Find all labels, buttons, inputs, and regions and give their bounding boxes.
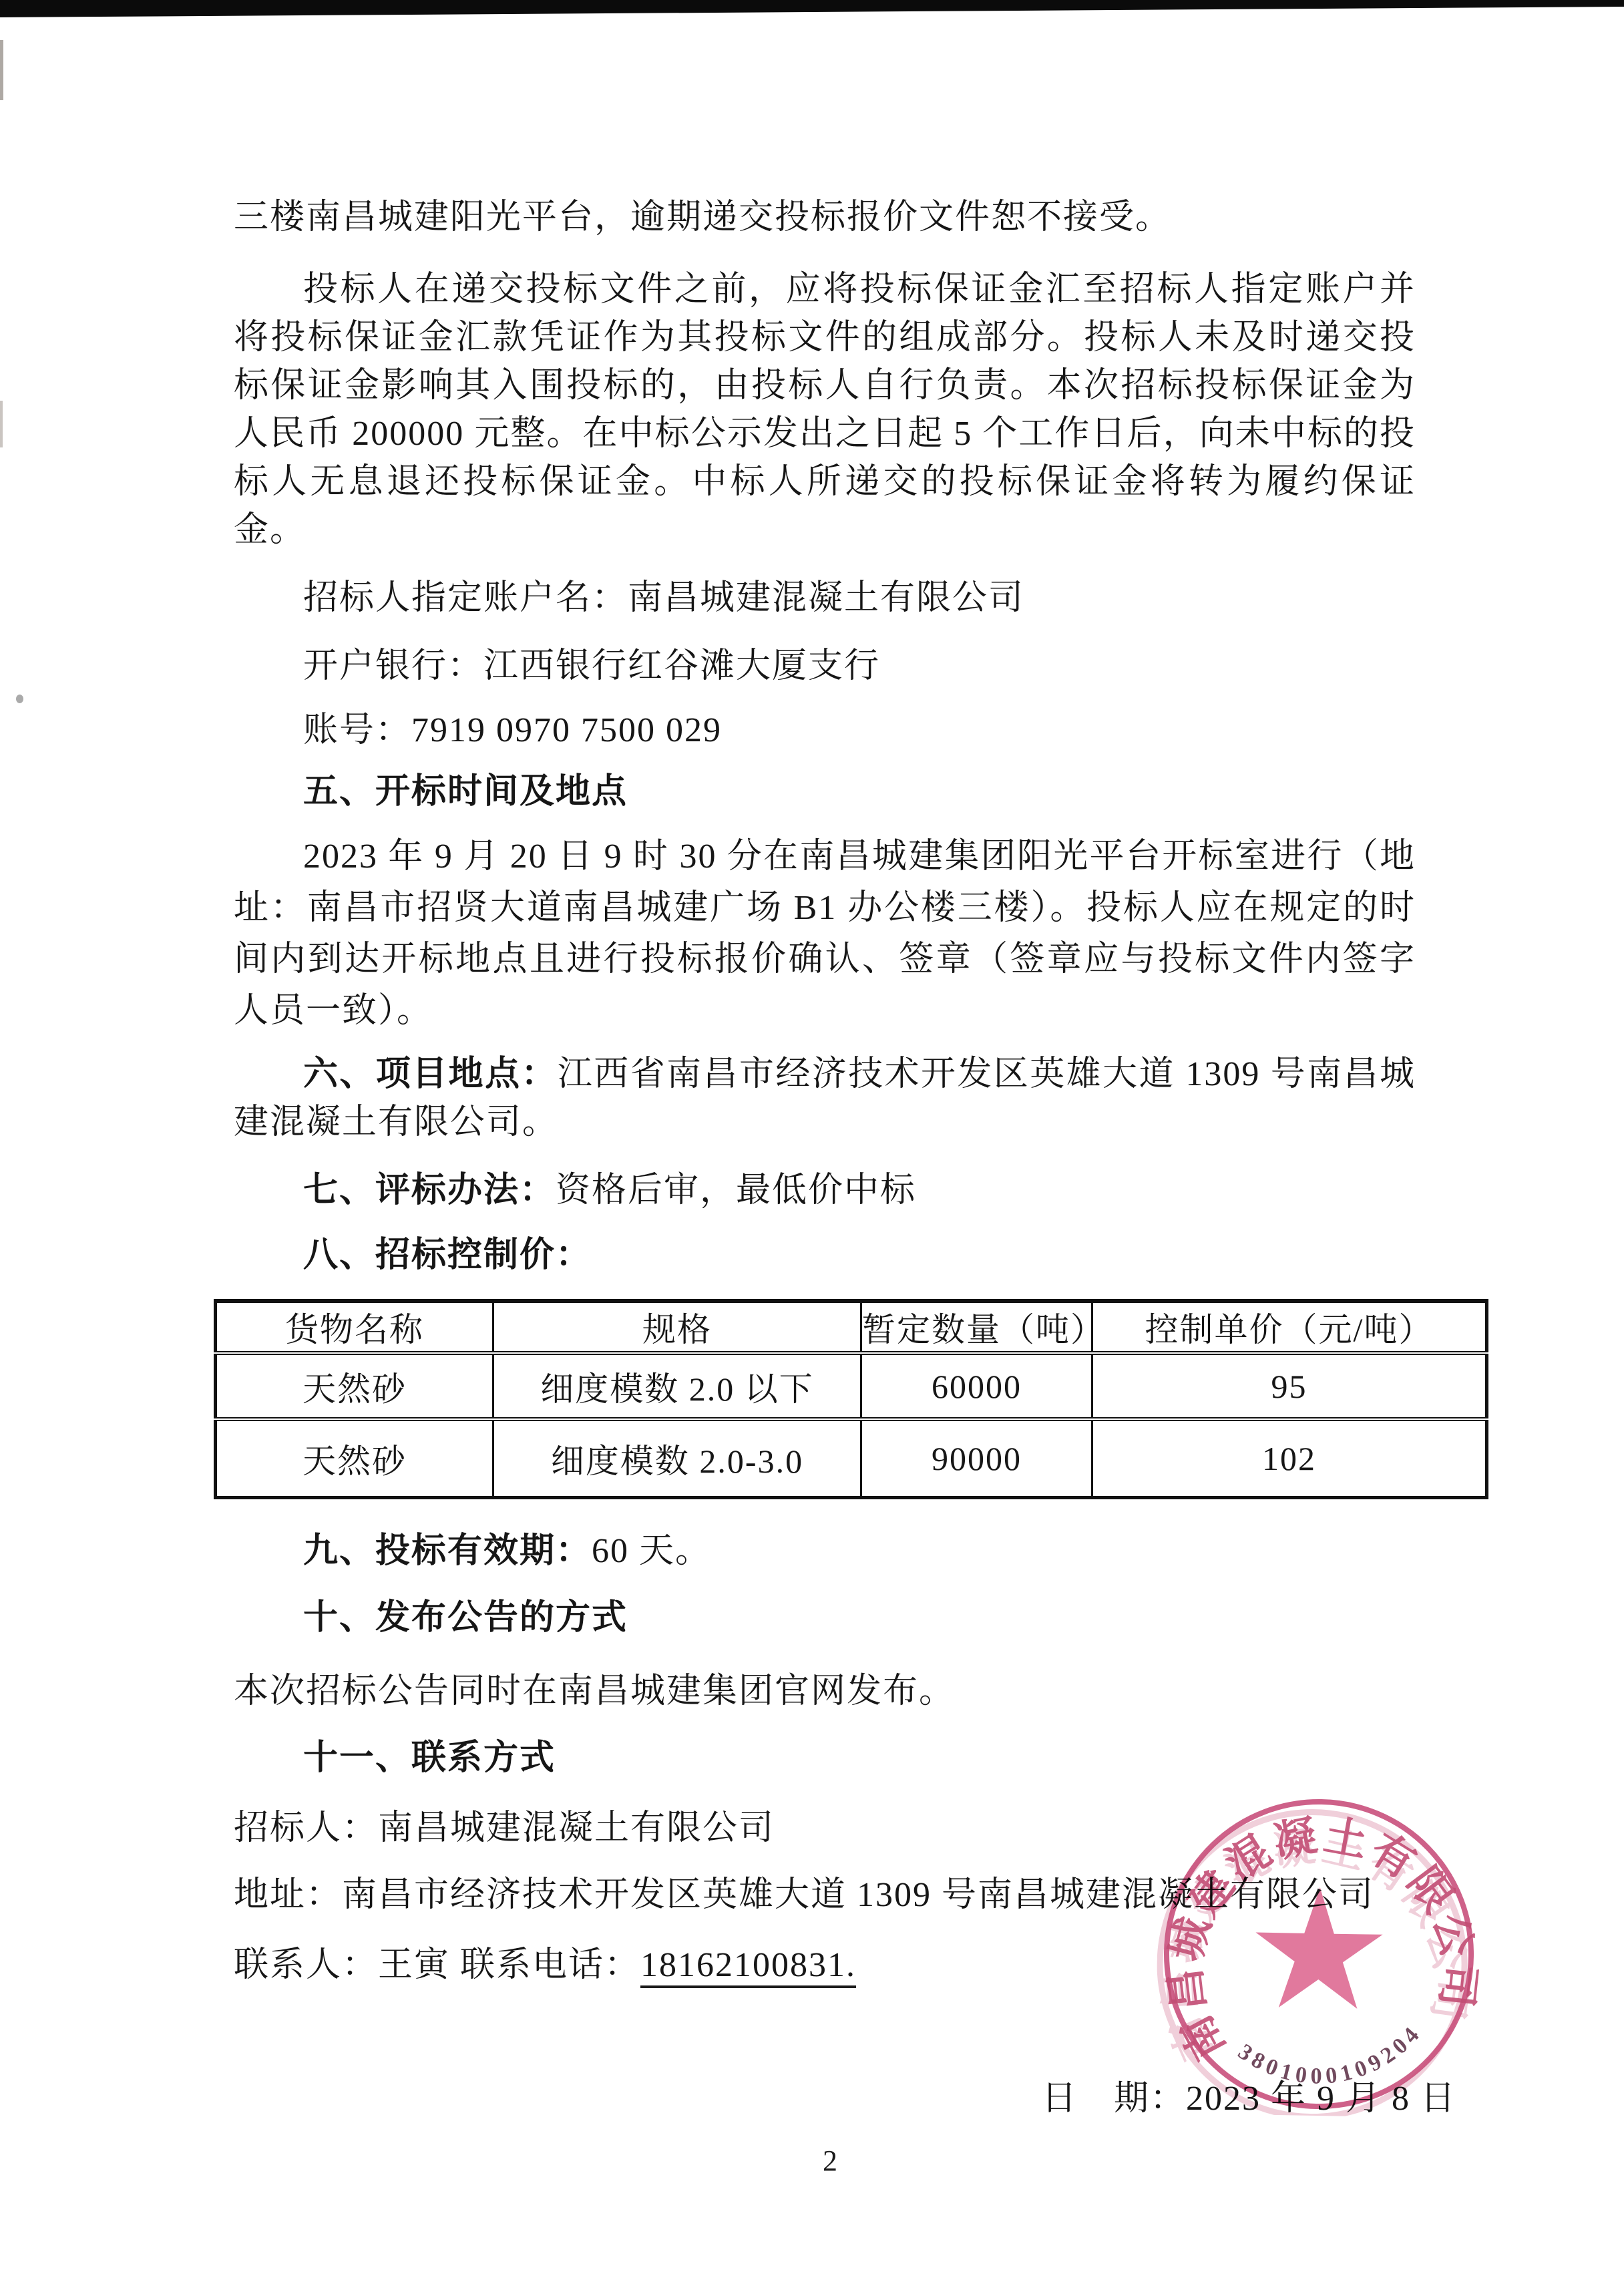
- deposit-paragraph: 投标人在递交投标文件之前，应将投标保证金汇至招标人指定账户并将投标保证金汇款凭证…: [234, 266, 1416, 554]
- cell-goods-name: 天然砂: [216, 1353, 493, 1419]
- section5-paragraph: 2023 年 9 月 20 日 9 时 30 分在南昌城建集团阳光平台开标室进行…: [234, 831, 1416, 1036]
- col-header-unit-price: 控制单价（元/吨）: [1092, 1301, 1487, 1353]
- cell-unit-price: 95: [1092, 1353, 1487, 1419]
- cell-spec: 细度模数 2.0 以下: [493, 1353, 861, 1419]
- control-price-table: 货物名称 规格 暂定数量（吨） 控制单价（元/吨） 天然砂 细度模数 2.0 以…: [214, 1299, 1488, 1499]
- section7-label: 七、评标办法：: [303, 1171, 556, 1209]
- section7-text: 资格后审，最低价中标: [556, 1171, 916, 1209]
- seal-graphic: 南昌城建混凝土有限公司 南昌城建混凝土有限公司 3801000109204: [1155, 1790, 1483, 2118]
- account-name-line: 招标人指定账户名：南昌城建混凝土有限公司: [234, 574, 1416, 622]
- col-header-goods-name: 货物名称: [216, 1301, 493, 1353]
- scanned-document-page: 三楼南昌城建阳光平台，逾期递交投标报价文件恕不接受。 投标人在递交投标文件之前，…: [0, 0, 1624, 2284]
- section9-text: 60 天。: [592, 1532, 711, 1570]
- page-number: 2: [823, 2144, 837, 2178]
- bank-line: 开户银行：江西银行红谷滩大厦支行: [234, 642, 1416, 691]
- account-number-line: 账号：7919 0970 7500 029: [234, 707, 1416, 755]
- seal-main-impression: 南昌城建混凝土有限公司 3801000109204: [1155, 1790, 1483, 2110]
- section6-paragraph: 六、项目地点：江西省南昌市经济技术开发区英雄大道 1309 号南昌城建混凝土有限…: [234, 1051, 1416, 1147]
- continuation-line: 三楼南昌城建阳光平台，逾期递交投标报价文件恕不接受。: [234, 194, 1416, 242]
- contact-phone: 18162100831.: [640, 1946, 856, 1988]
- section11-heading: 十一、联系方式: [234, 1734, 1416, 1782]
- table-row: 天然砂 细度模数 2.0 以下 60000 95: [216, 1353, 1487, 1419]
- table-row: 天然砂 细度模数 2.0-3.0 90000 102: [216, 1419, 1487, 1498]
- cell-spec: 细度模数 2.0-3.0: [493, 1419, 861, 1498]
- section10-paragraph: 本次招标公告同时在南昌城建集团官网发布。: [234, 1668, 1416, 1716]
- section7-line: 七、评标办法：资格后审，最低价中标: [234, 1167, 1416, 1215]
- company-seal-stamp: 南昌城建混凝土有限公司 南昌城建混凝土有限公司 3801000109204: [1155, 1790, 1483, 2118]
- col-header-spec: 规格: [493, 1301, 861, 1353]
- cell-goods-name: 天然砂: [216, 1419, 493, 1498]
- section5-heading: 五、开标时间及地点: [234, 768, 1416, 816]
- contact-label: 联系人：王寅 联系电话：: [234, 1946, 640, 1984]
- section10-heading: 十、发布公告的方式: [234, 1594, 1416, 1642]
- section6-label: 六、项目地点：: [303, 1055, 558, 1093]
- col-header-quantity: 暂定数量（吨）: [861, 1301, 1092, 1353]
- cell-quantity: 90000: [861, 1419, 1092, 1498]
- cell-unit-price: 102: [1092, 1419, 1487, 1498]
- table-header-row: 货物名称 规格 暂定数量（吨） 控制单价（元/吨）: [216, 1301, 1487, 1353]
- cell-quantity: 60000: [861, 1353, 1092, 1419]
- section9-label: 九、投标有效期：: [303, 1532, 592, 1570]
- seal-star: [1255, 1886, 1384, 2009]
- section9-line: 九、投标有效期：60 天。: [234, 1527, 1416, 1575]
- section8-heading: 八、招标控制价：: [234, 1231, 1416, 1280]
